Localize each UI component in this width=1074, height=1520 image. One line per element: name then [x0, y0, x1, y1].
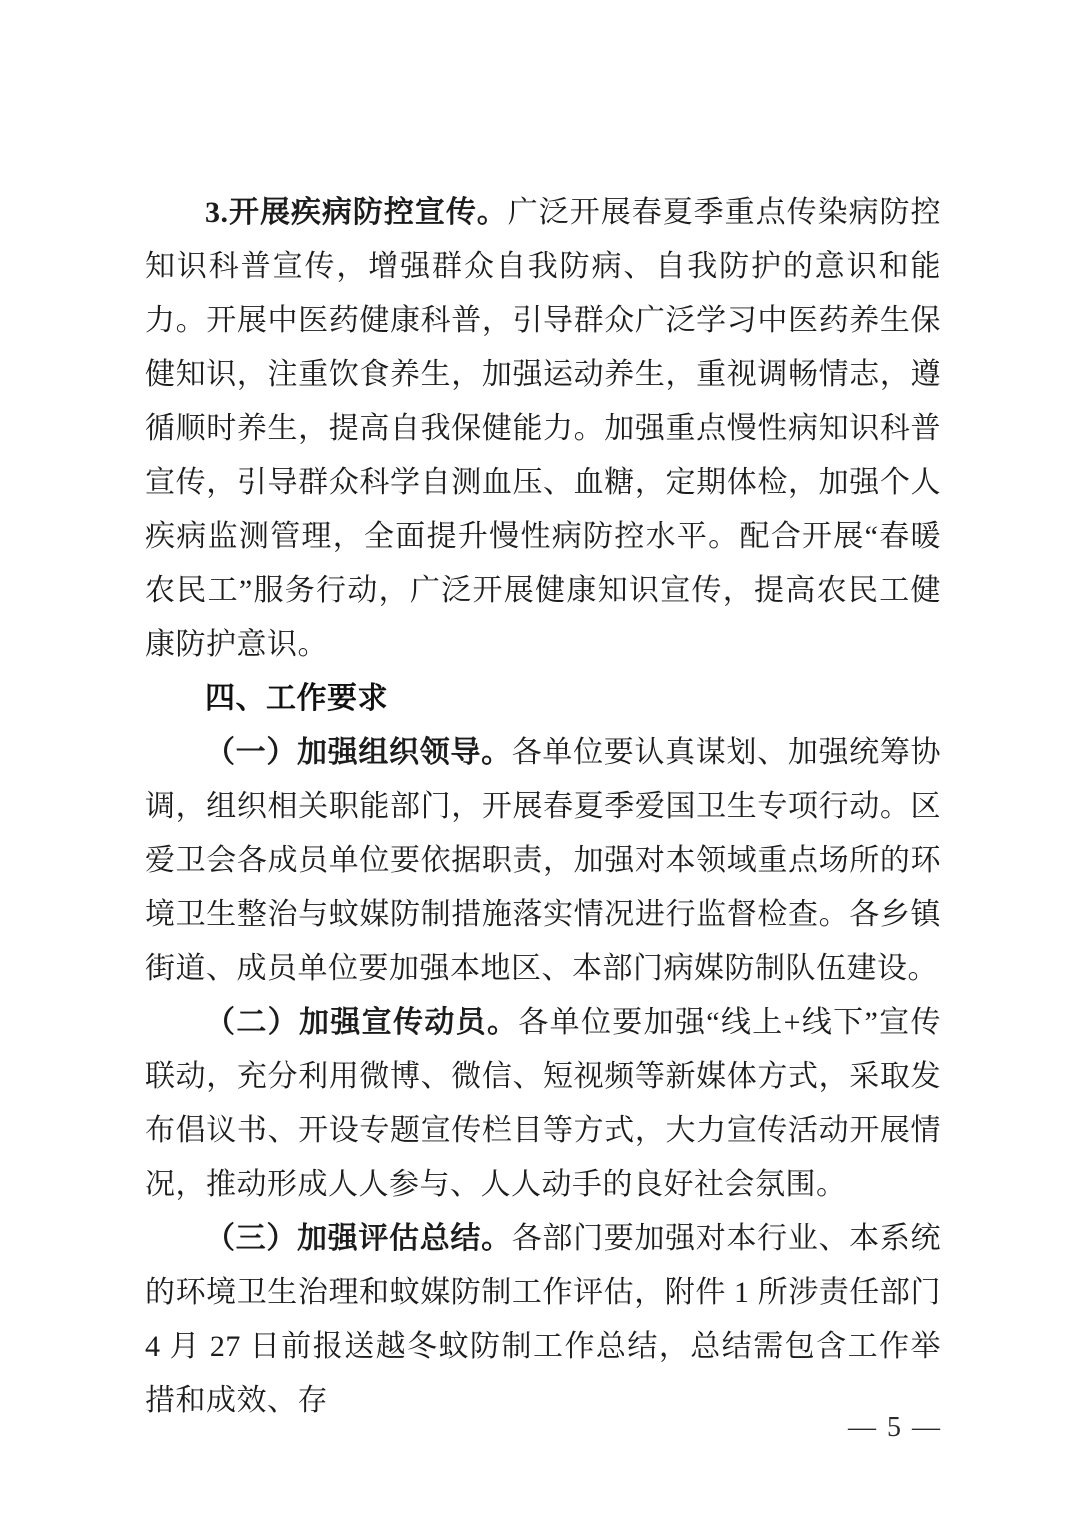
paragraph-text: 广泛开展春夏季重点传染病防控知识科普宣传，增强群众自我防病、自我防护的意识和能力… [145, 196, 941, 661]
paragraph-lead: （三）加强评估总结。 [205, 1222, 512, 1255]
document-page: 3.开展疾病防控宣传。广泛开展春夏季重点传染病防控知识科普宣传，增强群众自我防病… [0, 0, 1074, 1520]
paragraph-evaluation-summary: （三）加强评估总结。各部门要加强对本行业、本系统的环境卫生治理和蚊媒防制工作评估… [145, 1212, 941, 1428]
paragraph-lead: 3.开展疾病防控宣传。 [205, 196, 508, 229]
section-heading-work-requirements: 四、工作要求 [145, 672, 941, 726]
document-body: 3.开展疾病防控宣传。广泛开展春夏季重点传染病防控知识科普宣传，增强群众自我防病… [145, 186, 941, 1428]
paragraph-text: 各单位要认真谋划、加强统筹协调，组织相关职能部门，开展春夏季爱国卫生专项行动。区… [145, 736, 941, 985]
page-number: — 5 — [848, 1408, 942, 1448]
paragraph-lead: （一）加强组织领导。 [205, 736, 512, 769]
paragraph-publicity-mobilization: （二）加强宣传动员。各单位要加强“线上+线下”宣传联动，充分利用微博、微信、短视… [145, 996, 941, 1212]
paragraph-organization-leadership: （一）加强组织领导。各单位要认真谋划、加强统筹协调，组织相关职能部门，开展春夏季… [145, 726, 941, 996]
paragraph-lead: （二）加强宣传动员。 [205, 1006, 518, 1039]
paragraph-disease-prevention: 3.开展疾病防控宣传。广泛开展春夏季重点传染病防控知识科普宣传，增强群众自我防病… [145, 186, 941, 672]
